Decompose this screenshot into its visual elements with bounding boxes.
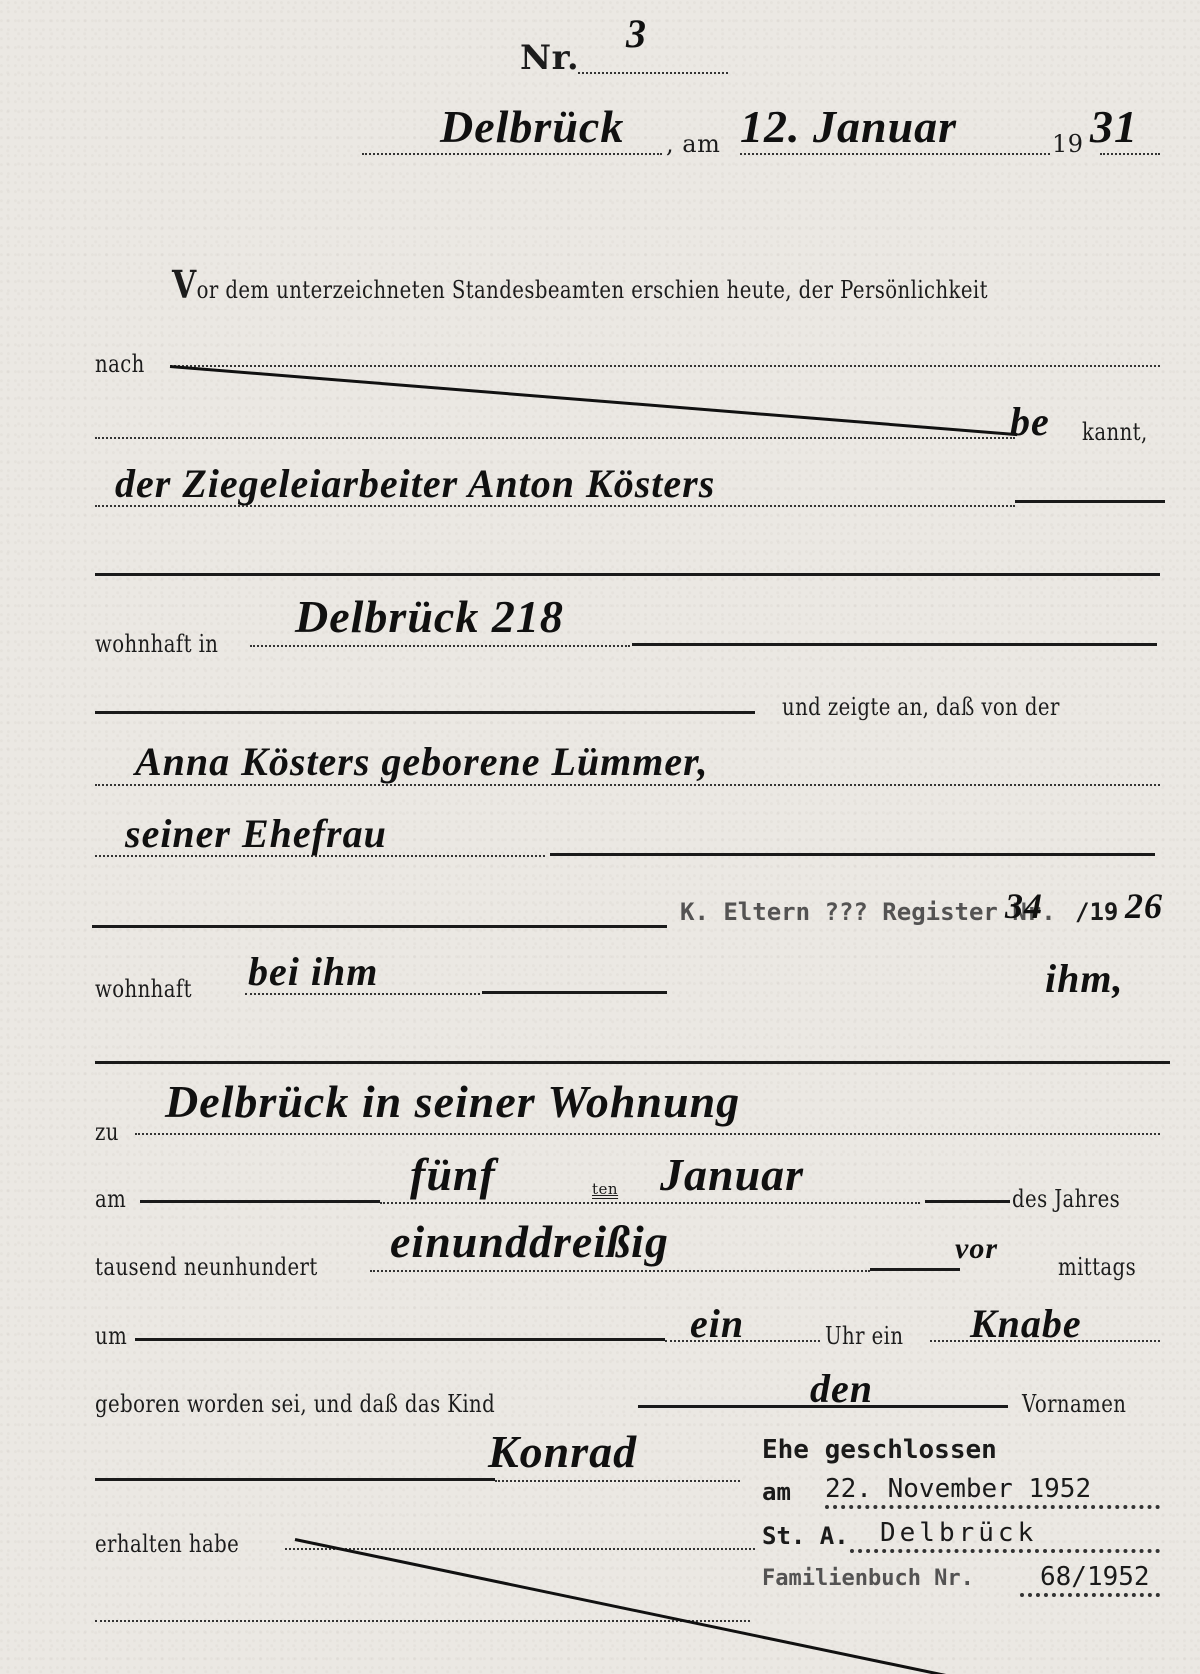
birth-day-suffix: ten: [592, 1180, 618, 1198]
erhalten-line-2: [95, 1620, 750, 1622]
informant-blank-line: [95, 573, 1160, 576]
uhr-ein-label: Uhr ein: [825, 1322, 903, 1350]
und-zeigte-label: und zeigte an, daß von der: [782, 693, 1060, 721]
birth-year-line: [370, 1270, 870, 1272]
birth-month-fill: [925, 1200, 1010, 1203]
vor-handwritten: vor: [955, 1232, 998, 1266]
marriage-date-value: 22. November 1952: [825, 1474, 1091, 1504]
place-line: [362, 153, 662, 155]
birth-year-handwritten: einunddreißig: [390, 1215, 669, 1268]
birth-am-label: am: [95, 1185, 126, 1213]
birth-day-handwritten: fünf: [410, 1148, 496, 1201]
bekannt-line: [95, 437, 1015, 439]
intro-text: or dem unterzeichneten Standesbeamten er…: [197, 276, 988, 304]
mother-residence-handwritten: bei ihm: [248, 948, 378, 995]
birth-year-fill: [870, 1268, 960, 1271]
date-line: [740, 153, 1050, 155]
marriage-register-line: [1020, 1593, 1160, 1597]
bekannt-label: kannt,: [1082, 418, 1148, 446]
birth-month-handwritten: Januar: [660, 1148, 804, 1201]
birth-place-line: [135, 1133, 1160, 1135]
erhalten-label: erhalten habe: [95, 1530, 239, 1558]
tausend-label: tausend neunhundert: [95, 1253, 318, 1281]
mittags-label: mittags: [1058, 1253, 1136, 1281]
intro-initial: V: [172, 262, 197, 307]
birth-time-fill: [135, 1338, 665, 1341]
bekannt-handwritten: be: [1010, 398, 1050, 445]
mother-name-handwritten: Anna Kösters geborene Lümmer,: [135, 738, 709, 785]
informant-name-handwritten: der Ziegeleiarbeiter Anton Kösters: [115, 460, 715, 507]
informant-fill-line: [1015, 500, 1165, 503]
child-name-line: [495, 1480, 740, 1482]
margin-correction-handwritten: ihm,: [1045, 955, 1123, 1002]
informant-residence-fill: [632, 643, 1157, 646]
year-prefix: 19: [1052, 130, 1084, 158]
birth-date-line: [380, 1202, 920, 1204]
date-handwritten: 12. Januar: [740, 100, 957, 153]
wohnhaft-in-label: wohnhaft in: [95, 630, 218, 658]
blank-separator-line: [95, 1061, 1170, 1064]
year-line: [1100, 153, 1160, 155]
vornamen-label: Vornamen: [1022, 1390, 1126, 1418]
mother-blank-line: [92, 925, 667, 928]
mother-relation-fill: [550, 853, 1155, 856]
nach-line: [170, 365, 1160, 367]
parents-register-stamp: K. Eltern ??? Register Nr.: [680, 898, 1056, 926]
des-jahres-label: des Jahres: [1012, 1185, 1120, 1213]
nach-label: nach: [95, 350, 145, 378]
marriage-date-line: [825, 1505, 1160, 1509]
entry-number-label: Nr.: [520, 38, 579, 78]
strike-through-nach: [170, 365, 1018, 436]
entry-number-value: 3: [626, 10, 647, 57]
stamp-year-handwritten: 26: [1125, 885, 1163, 927]
um-label: um: [95, 1322, 127, 1350]
birth-date-fill: [140, 1200, 380, 1203]
geboren-label: geboren worden sei, und daß das Kind: [95, 1390, 495, 1418]
place-handwritten: Delbrück: [440, 100, 624, 153]
strike-through-erhalten: [295, 1538, 961, 1674]
birth-hour-handwritten: ein: [690, 1300, 744, 1347]
year-suffix-handwritten: 31: [1090, 100, 1138, 153]
child-name-fill-left: [95, 1478, 495, 1481]
sex-handwritten: Knabe: [970, 1300, 1082, 1347]
stamp-ref-handwritten: 34: [1005, 885, 1043, 927]
informant-residence-line: [250, 645, 630, 647]
mother-relation-handwritten: seiner Ehefrau: [125, 810, 387, 857]
entry-number-line: [578, 72, 728, 74]
marriage-office-value: Delbrück: [880, 1518, 1037, 1548]
informant-residence-handwritten: Delbrück 218: [295, 590, 564, 643]
marriage-register-value: 68/1952: [1040, 1562, 1150, 1592]
intro-line: Vor dem unterzeichneten Standesbeamten e…: [172, 262, 988, 307]
marriage-office-label: St. A.: [762, 1522, 849, 1550]
marriage-am-label: am: [762, 1478, 791, 1506]
marriage-register-label: Familienbuch Nr.: [762, 1566, 974, 1591]
stamp-year-prefix: /19: [1075, 898, 1118, 926]
birth-place-handwritten: Delbrück in seiner Wohnung: [165, 1075, 740, 1128]
mother-residence-fill: [482, 991, 667, 994]
marriage-stamp-title: Ehe geschlossen: [762, 1435, 997, 1465]
zu-label: zu: [95, 1118, 119, 1146]
den-handwritten: den: [810, 1365, 873, 1412]
informant-blank-line-2: [95, 711, 755, 714]
mother-wohnhaft-label: wohnhaft: [95, 975, 192, 1003]
am-label: , am: [666, 130, 720, 158]
marriage-office-line: [850, 1549, 1160, 1553]
child-name-handwritten: Konrad: [488, 1425, 637, 1478]
